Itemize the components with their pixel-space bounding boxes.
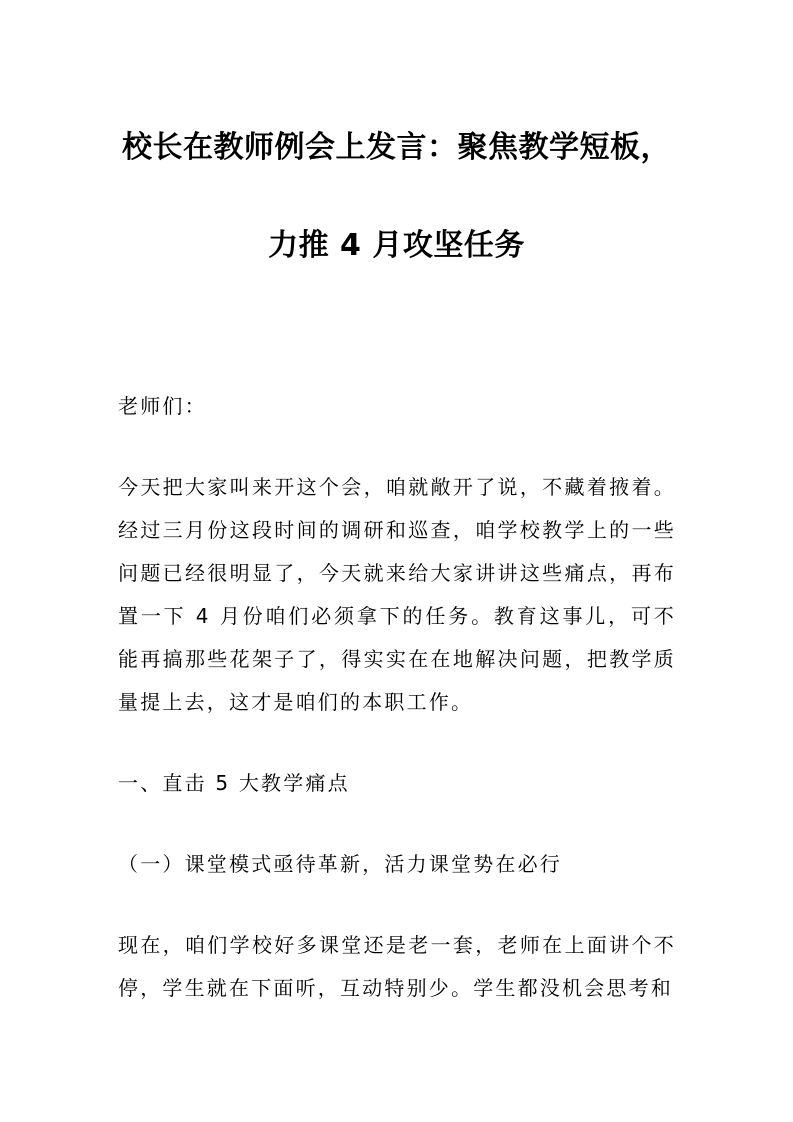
document-title-line-2: 力推 4 月攻坚任务	[0, 229, 793, 263]
document-body: 老师们： 今天把大家叫来开这个会，咱就敞开了说，不藏着掖着。经过三月份这段时间的…	[118, 263, 676, 1010]
salutation-paragraph: 老师们：	[118, 385, 676, 428]
section-heading-1: 一、直击 5 大教学痛点	[118, 762, 676, 805]
document-page: 校长在教师例会上发言：聚焦教学短板， 力推 4 月攻坚任务 老师们： 今天把大家…	[0, 0, 793, 1122]
body-paragraph-classroom: 现在，咱们学校好多课堂还是老一套，老师在上面讲个不停，学生就在下面听，互动特别少…	[118, 924, 676, 1010]
document-title: 校长在教师例会上发言：聚焦教学短板， 力推 4 月攻坚任务	[0, 0, 793, 263]
intro-paragraph: 今天把大家叫来开这个会，咱就敞开了说，不藏着掖着。经过三月份这段时间的调研和巡查…	[118, 466, 676, 724]
subsection-heading-1-1: （一）课堂模式亟待革新，活力课堂势在必行	[118, 843, 676, 886]
document-title-line-1: 校长在教师例会上发言：聚焦教学短板，	[0, 131, 793, 165]
